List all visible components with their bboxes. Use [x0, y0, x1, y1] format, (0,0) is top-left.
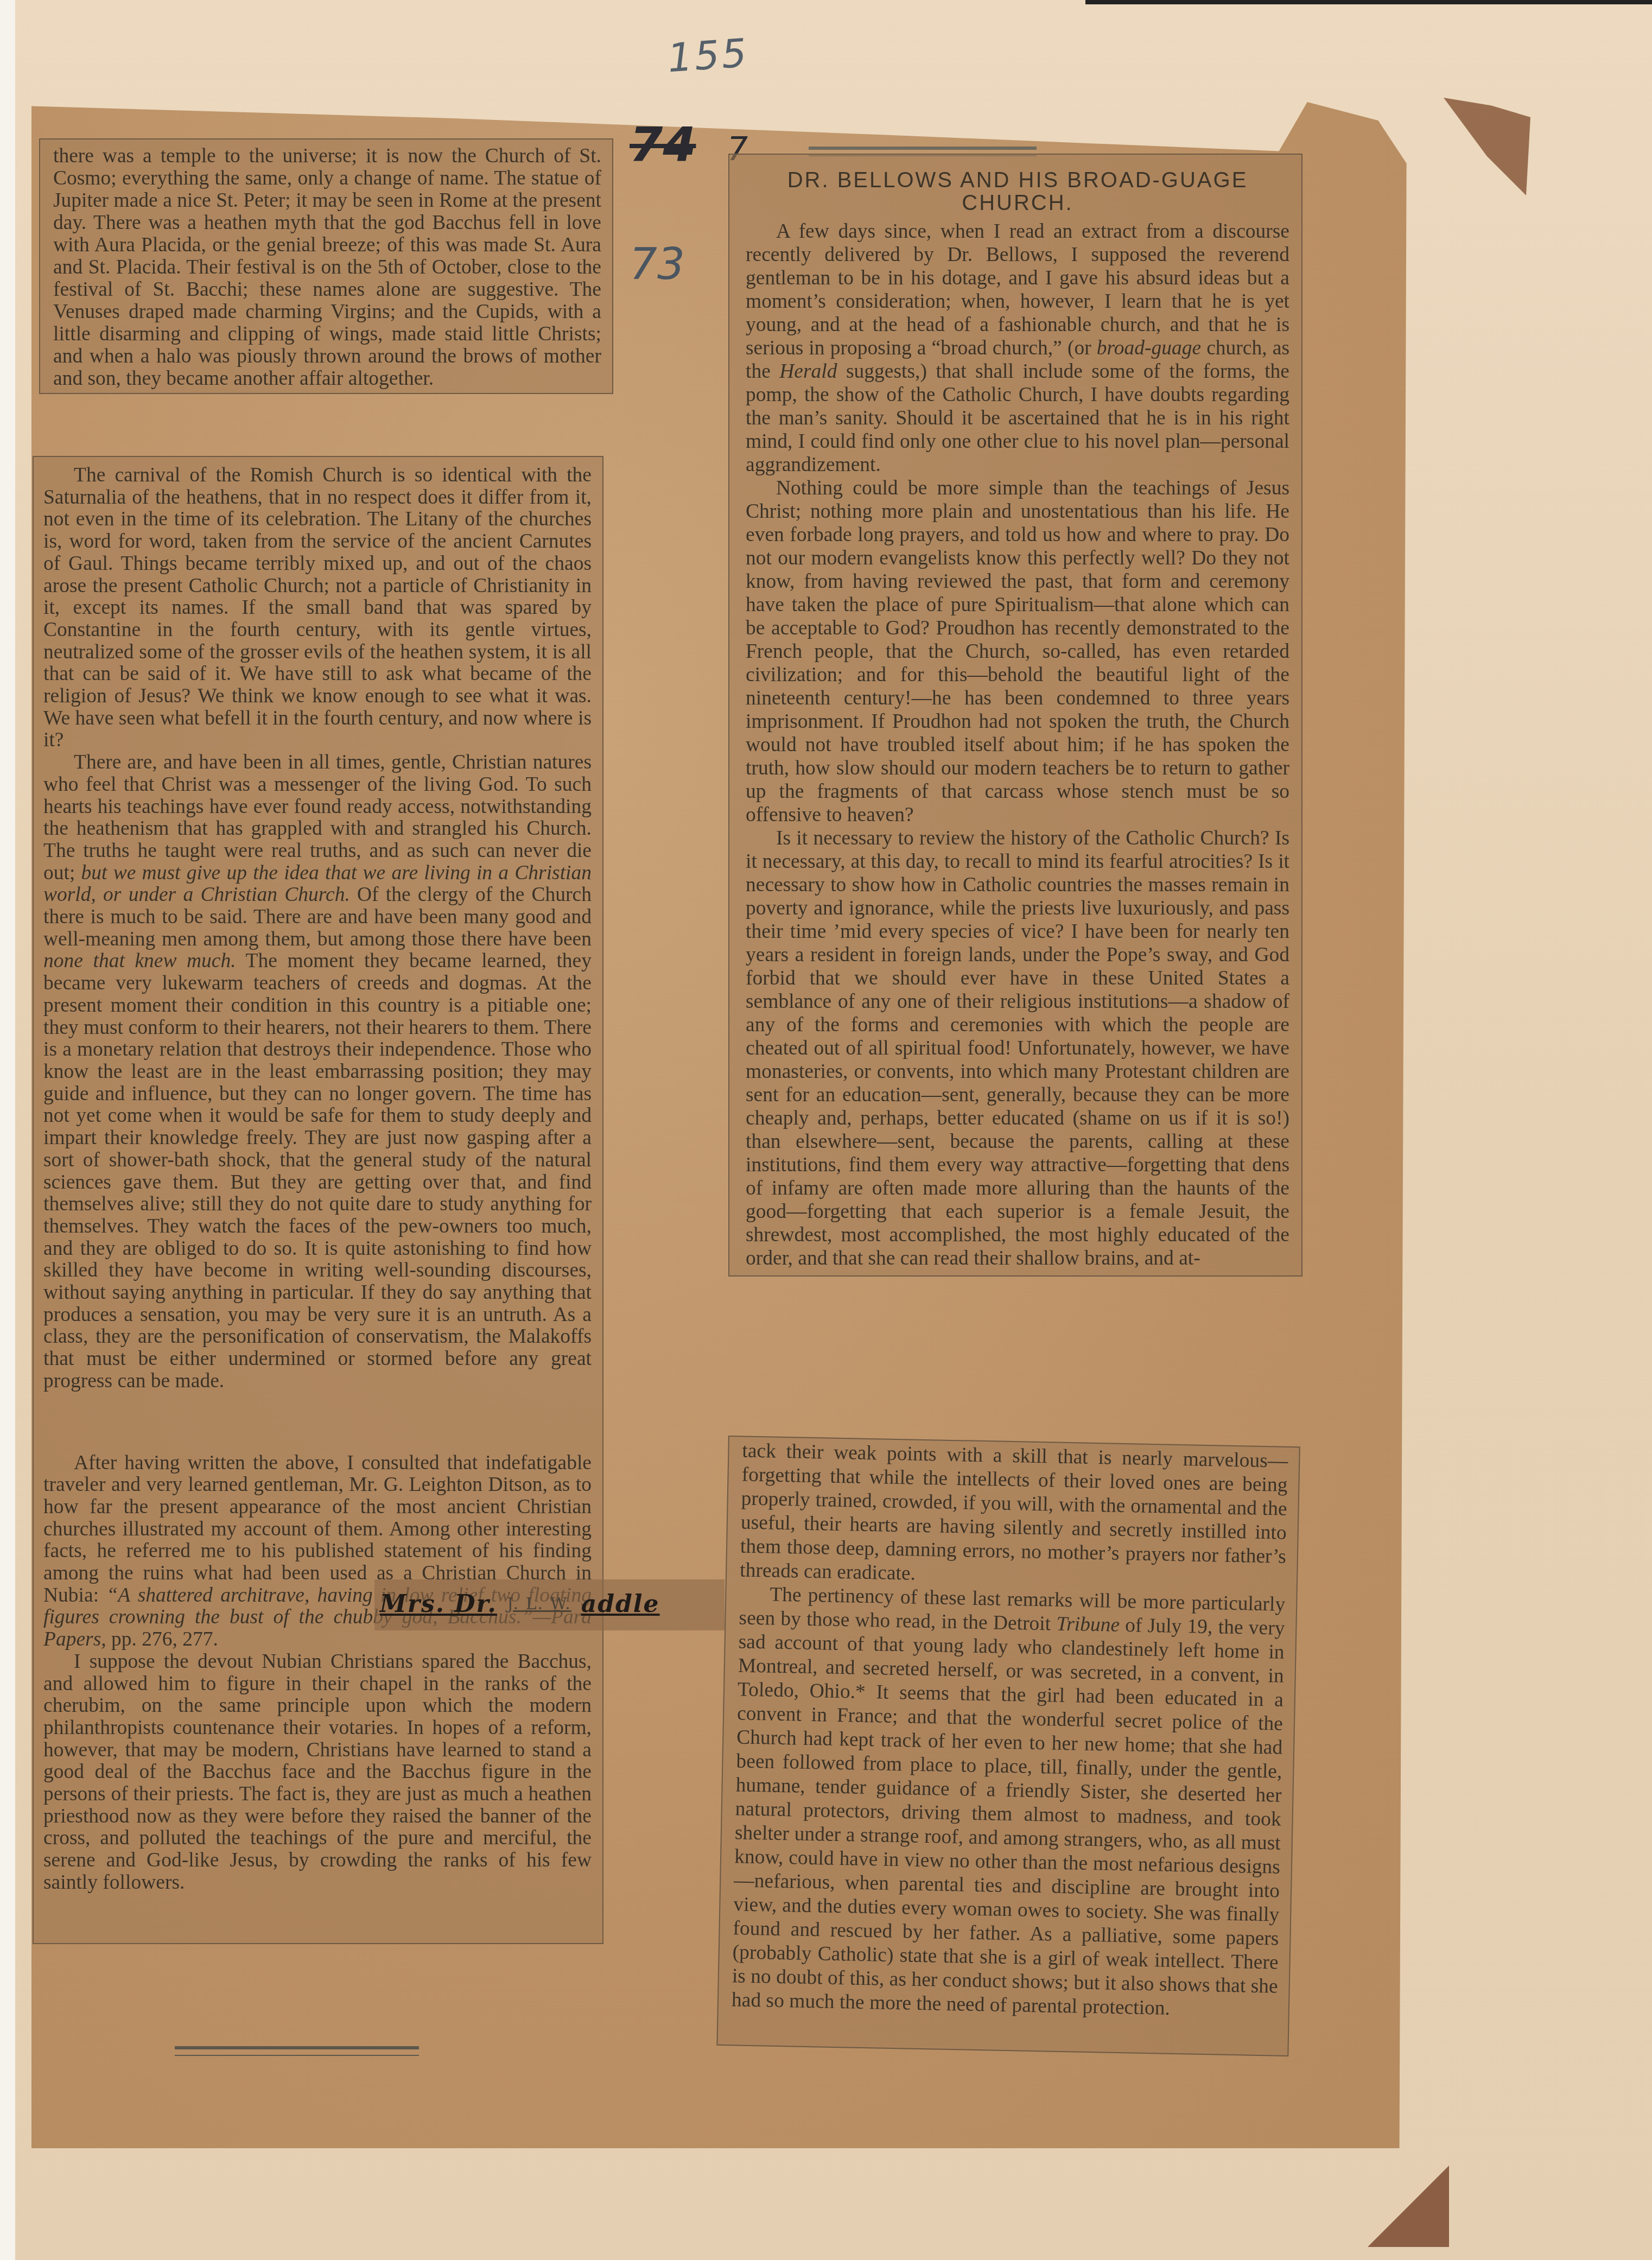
author-signature: Mrs. Dr. J. L. W. addle — [380, 1585, 716, 1623]
end-spacer — [43, 1894, 592, 1938]
text-run: The moment they became learned, they bec… — [43, 950, 592, 1392]
paragraph: A few days since, when I read an extract… — [746, 220, 1289, 477]
paragraph: tack their weak points with a skill that… — [740, 1439, 1288, 1592]
handwritten-page-number: 155 — [666, 30, 750, 81]
signature-spacer — [43, 1393, 592, 1452]
text-run: pp. 276, 277. — [106, 1628, 218, 1650]
clipping-article-lower: tack their weak points with a skill that… — [716, 1436, 1300, 2056]
scrapbook-page: 155 74 7 73 there was a temple to the un… — [0, 0, 1652, 2260]
end-rule-divider — [175, 2046, 419, 2056]
paragraph: There are, and have been in all times, g… — [43, 752, 592, 1392]
italic-run: Herald — [779, 360, 837, 383]
italic-run: none that knew much. — [43, 950, 236, 972]
handwritten-number: 73 — [630, 239, 685, 289]
signature-handwritten-prefix: Mrs. Dr. — [380, 1590, 497, 1618]
paragraph: I suppose the devout Nubian Christians s… — [43, 1651, 592, 1894]
clipping-article-upper: DR. BELLOWS AND HIS BROAD-GUAGE CHURCH. … — [728, 154, 1302, 1277]
italic-run: Tribune — [1056, 1613, 1120, 1636]
article-headline: DR. BELLOWS AND HIS BROAD-GUAGE CHURCH. — [746, 169, 1289, 214]
paragraph: Is it necessary to review the history of… — [746, 827, 1289, 1270]
scan-edge — [0, 0, 15, 2260]
paragraph: The pertinency of these last remarks wil… — [732, 1582, 1286, 2022]
paragraph: The carnival of the Romish Church is so … — [43, 465, 592, 752]
scan-edge-top — [1085, 0, 1652, 4]
clipping-continuation: there was a temple to the universe; it i… — [39, 138, 613, 394]
signature-handwritten-suffix: addle — [581, 1590, 660, 1618]
signature-printed-initials: J. L. W. — [507, 1595, 571, 1614]
torn-corner-bottom-right — [1368, 2166, 1449, 2247]
handwritten-struck-number: 74 — [630, 117, 696, 173]
paragraph: Nothing could be more simple than the te… — [746, 477, 1289, 827]
italic-run: broad-guage — [1097, 337, 1201, 359]
torn-corner-top-right — [1444, 98, 1530, 195]
paragraph: there was a temple to the universe; it i… — [53, 145, 601, 390]
clipping-main-left: The carnival of the Romish Church is so … — [33, 456, 603, 1944]
text-run: of July 19, the very sad account of that… — [732, 1614, 1285, 2020]
